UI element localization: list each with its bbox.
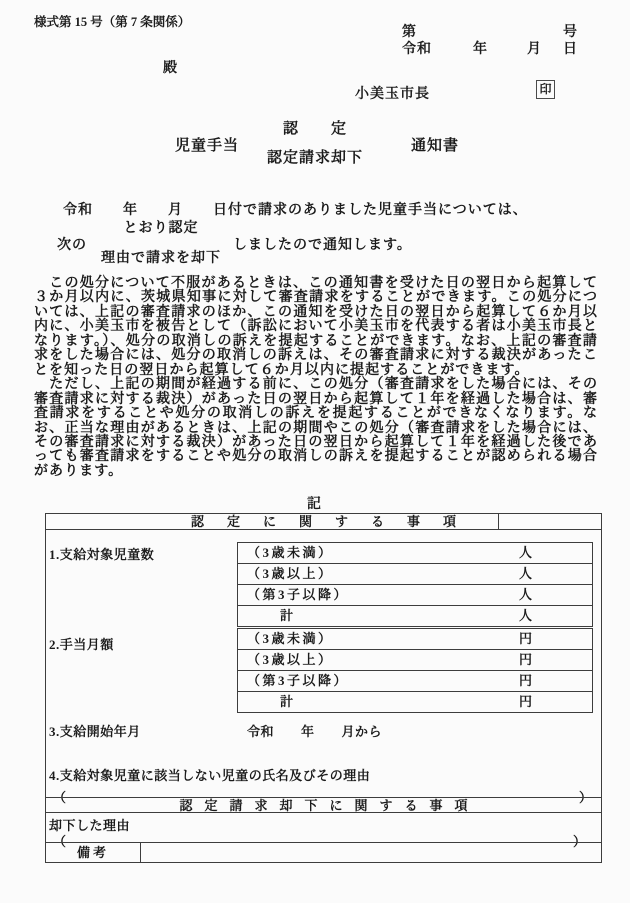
table-total-row: 計 人 xyxy=(238,606,592,626)
total-unit: 人 xyxy=(519,606,532,626)
total-unit: 円 xyxy=(519,692,532,712)
row-unit: 人 xyxy=(519,585,532,605)
remarks-divider-line xyxy=(140,843,141,862)
table-row: （3歳以上） 人 xyxy=(238,564,592,585)
row-label: （第3子以降） xyxy=(238,587,349,602)
month-label: 月 xyxy=(527,38,542,58)
total-label: 計 xyxy=(238,694,293,709)
row-label: （3歳以上） xyxy=(238,652,334,667)
monthly-amount-label: 2.手当月額 xyxy=(49,634,114,653)
form-number-label: 様式第 15 号（第 7 条関係） xyxy=(34,12,190,30)
title-right: 通知書 xyxy=(411,134,459,155)
table-row: （3歳以上） 円 xyxy=(238,650,592,671)
document-page: 様式第 15 号（第 7 条関係） 第 号 令和 年 月 日 殿 小美玉市長 印… xyxy=(0,0,630,903)
request-date-line: 令和 年 月 日付で請求のありました児童手当については、 xyxy=(63,199,528,219)
year-label: 年 xyxy=(473,38,488,58)
issuer-name: 小美玉市長 xyxy=(355,83,430,103)
seal-mark: 印 xyxy=(536,80,555,99)
table-total-row: 計 円 xyxy=(238,692,592,712)
header-divider-line xyxy=(498,514,499,529)
remarks-row: 備考 xyxy=(46,843,601,862)
row-label: （第3子以降） xyxy=(238,673,349,688)
monthly-amount-box: （3歳未満） 円 （3歳以上） 円 （第3子以降） 円 計 円 xyxy=(237,628,593,713)
title-option-rejection: 認定請求却下 xyxy=(267,151,363,166)
row-unit: 円 xyxy=(519,629,532,649)
rejection-header: 認定請求却下に関する事項 xyxy=(46,797,601,813)
children-count-label: 1.支給対象児童数 xyxy=(49,544,154,563)
remarks-label: 備考 xyxy=(46,843,140,862)
addressee-honorific: 殿 xyxy=(163,57,178,77)
start-month-value: 令和 年 月から xyxy=(247,721,382,740)
table-row: （3歳未満） 人 xyxy=(238,543,592,564)
row-label: （3歳未満） xyxy=(238,545,334,560)
certification-header: 認定に関する事項 xyxy=(46,514,601,530)
notify-prefix: 次の xyxy=(57,234,87,254)
table-row: （第3子以降） 円 xyxy=(238,671,592,692)
row-unit: 円 xyxy=(519,650,532,670)
appeal-notice-paragraph-2: ただし、上記の期間が経過する前に、この処分（審査請求をした場合には、その審査請求… xyxy=(34,378,598,479)
notify-option-stack: とおり認定 理由で請求を却下 xyxy=(101,221,221,266)
day-label: 日 xyxy=(563,38,578,58)
title-left: 児童手当 xyxy=(175,134,239,155)
notify-option-rejected: 理由で請求を却下 xyxy=(101,251,221,266)
era-label: 令和 xyxy=(402,38,432,58)
row-unit: 円 xyxy=(519,671,532,691)
children-count-box: （3歳未満） 人 （3歳以上） 人 （第3子以降） 人 計 人 xyxy=(237,542,593,627)
row-label: （3歳以上） xyxy=(238,566,334,581)
row-unit: 人 xyxy=(519,543,532,563)
notify-option-certified: とおり認定 xyxy=(124,221,199,236)
notify-suffix: しましたので通知します。 xyxy=(233,234,412,254)
document-title: 児童手当 認 定 認定請求却下 通知書 xyxy=(175,122,459,166)
table-row: （3歳未満） 円 xyxy=(238,629,592,650)
notify-sentence: 次の とおり認定 理由で請求を却下 しましたので通知します。 xyxy=(57,221,412,266)
appeal-notice-paragraph-1: この処分について不服があるときは、この通知書を受けた日の翌日から起算して３か月以… xyxy=(34,277,598,378)
ki-heading: 記 xyxy=(0,493,630,513)
excluded-children-label: 4.支給対象児童に該当しない児童の氏名及びその理由 xyxy=(49,765,370,784)
row-unit: 人 xyxy=(519,564,532,584)
title-option-certification: 認 定 xyxy=(283,122,347,137)
row-label: （3歳未満） xyxy=(238,631,334,646)
start-month-label: 3.支給開始年月 xyxy=(49,721,141,740)
appeal-notice-text: この処分について不服があるときは、この通知書を受けた日の翌日から起算して３か月以… xyxy=(34,277,598,479)
table-row: （第3子以降） 人 xyxy=(238,585,592,606)
title-option-stack: 認 定 認定請求却下 xyxy=(267,122,363,166)
certification-table: 認定に関する事項 1.支給対象児童数 （3歳未満） 人 （3歳以上） 人 （第3… xyxy=(45,513,602,863)
total-label: 計 xyxy=(238,608,293,623)
